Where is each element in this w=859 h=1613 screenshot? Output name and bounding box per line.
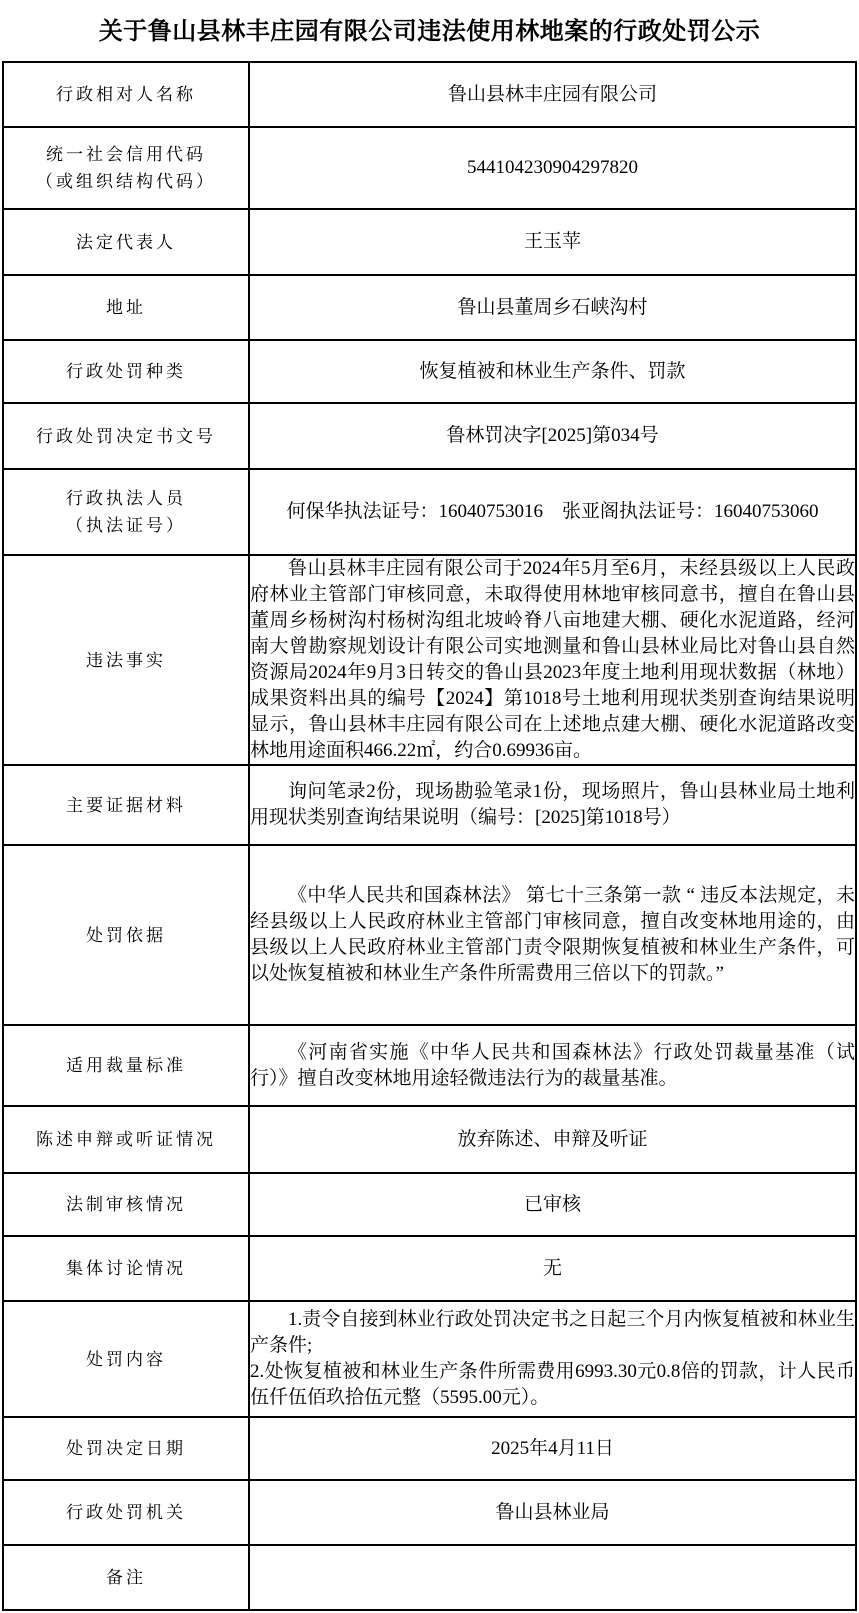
row-value: 1.责令自接到林业行政处罚决定书之日起三个月内恢复植被和林业生产条件; 2.处恢… (249, 1301, 856, 1417)
table-row-legal-representative: 法定代表人 王玉苹 (3, 209, 856, 275)
row-value-paragraph: 鲁山县林丰庄园有限公司于2024年5月至6月，未经县级以上人民政府林业主管部门审… (250, 556, 855, 764)
row-value-text: 鲁林罚决字[2025]第034号 (446, 425, 658, 446)
row-label: 主要证据材料 (3, 765, 249, 845)
row-label: 行政处罚种类 (3, 340, 249, 403)
row-value-paragraph-1: 1.责令自接到林业行政处罚决定书之日起三个月内恢复植被和林业生产条件; (250, 1307, 855, 1359)
row-value-text: 王玉苹 (524, 231, 581, 252)
row-label: 行政处罚决定书文号 (3, 403, 249, 469)
row-label-text: 行政处罚种类 (4, 358, 248, 385)
row-value-text: 鲁山县林业局 (495, 1502, 609, 1523)
row-value: 王玉苹 (249, 209, 856, 275)
row-label-text: 处罚依据 (4, 922, 248, 949)
penalty-table: 行政相对人名称 鲁山县林丰庄园有限公司 统一社会信用代码（或组织结构代码） 54… (2, 61, 857, 1611)
row-label-text-line2: （执法证号） (4, 512, 248, 539)
row-label-text: 行政相对人名称 (4, 81, 248, 108)
row-value-paragraph: 《河南省实施《中华人民共和国森林法》行政处罚裁量基准（试行）》擅自改变林地用途轻… (250, 1040, 855, 1092)
row-value: 鲁山县林业局 (249, 1480, 856, 1545)
row-value-text: 放弃陈述、申辩及听证 (457, 1129, 647, 1150)
table-row-decision-date: 处罚决定日期 2025年4月11日 (3, 1417, 856, 1480)
table-row-legal-review: 法制审核情况 已审核 (3, 1173, 856, 1236)
row-label-text: 主要证据材料 (4, 792, 248, 819)
row-label-text: 处罚决定日期 (4, 1435, 248, 1462)
table-row-decision-number: 行政处罚决定书文号 鲁林罚决字[2025]第034号 (3, 403, 856, 469)
row-value: 已审核 (249, 1173, 856, 1236)
row-value: 544104230904297820 (249, 127, 856, 209)
row-label: 行政相对人名称 (3, 62, 249, 127)
row-value: 何保华执法证号：16040753016 张亚阁执法证号：16040753060 (249, 469, 856, 555)
row-label-text: 行政执法人员 (4, 485, 248, 512)
row-value-text: 544104230904297820 (467, 157, 638, 178)
row-label: 地址 (3, 275, 249, 340)
row-value-paragraph: 询问笔录2份，现场勘验笔录1份，现场照片，鲁山县林业局土地利用现状类别查询结果说… (250, 779, 855, 831)
row-value: 《中华人民共和国森林法》 第七十三条第一款 “ 违反本法规定，未经县级以上人民政… (249, 845, 856, 1025)
table-row-penalty-type: 行政处罚种类 恢复植被和林业生产条件、罚款 (3, 340, 856, 403)
table-row-credit-code: 统一社会信用代码（或组织结构代码） 544104230904297820 (3, 127, 856, 209)
page-title: 关于鲁山县林丰庄园有限公司违法使用林地案的行政处罚公示 (0, 0, 859, 61)
row-value: 无 (249, 1236, 856, 1301)
row-value: 鲁林罚决字[2025]第034号 (249, 403, 856, 469)
row-label-text: 行政处罚决定书文号 (4, 423, 248, 450)
table-row-illegal-facts: 违法事实 鲁山县林丰庄园有限公司于2024年5月至6月，未经县级以上人民政府林业… (3, 555, 856, 765)
table-row-enforcement-officers: 行政执法人员（执法证号） 何保华执法证号：16040753016 张亚阁执法证号… (3, 469, 856, 555)
table-row-penalty-authority: 行政处罚机关 鲁山县林业局 (3, 1480, 856, 1545)
table-row-main-evidence: 主要证据材料 询问笔录2份，现场勘验笔录1份，现场照片，鲁山县林业局土地利用现状… (3, 765, 856, 845)
row-label: 处罚依据 (3, 845, 249, 1025)
row-label: 行政处罚机关 (3, 1480, 249, 1545)
row-label: 适用裁量标准 (3, 1025, 249, 1106)
row-value-text: 已审核 (524, 1194, 581, 1215)
row-label-text: 适用裁量标准 (4, 1052, 248, 1079)
table-row-statement-hearing: 陈述申辩或听证情况 放弃陈述、申辩及听证 (3, 1106, 856, 1173)
row-value: 询问笔录2份，现场勘验笔录1份，现场照片，鲁山县林业局土地利用现状类别查询结果说… (249, 765, 856, 845)
row-value: 放弃陈述、申辩及听证 (249, 1106, 856, 1173)
row-label: 法制审核情况 (3, 1173, 249, 1236)
row-label: 陈述申辩或听证情况 (3, 1106, 249, 1173)
row-value: 鲁山县林丰庄园有限公司于2024年5月至6月，未经县级以上人民政府林业主管部门审… (249, 555, 856, 765)
row-value-text: 恢复植被和林业生产条件、罚款 (419, 361, 685, 382)
row-value-text: 何保华执法证号：16040753016 张亚阁执法证号：16040753060 (286, 501, 818, 522)
row-label-text: 备注 (4, 1564, 248, 1591)
row-label-text: 集体讨论情况 (4, 1255, 248, 1282)
table-row-address: 地址 鲁山县董周乡石峡沟村 (3, 275, 856, 340)
penalty-notice-document: 关于鲁山县林丰庄园有限公司违法使用林地案的行政处罚公示 行政相对人名称 鲁山县林… (0, 0, 859, 1613)
row-value: 鲁山县林丰庄园有限公司 (249, 62, 856, 127)
row-label-text: 统一社会信用代码 (4, 141, 248, 168)
row-value: 恢复植被和林业生产条件、罚款 (249, 340, 856, 403)
row-value-text: 鲁山县林丰庄园有限公司 (448, 84, 657, 105)
row-value (249, 1545, 856, 1610)
row-value-paragraph-2: 2.处恢复植被和林业生产条件所需费用6993.30元0.8倍的罚款，计人民币伍仟… (250, 1359, 855, 1411)
row-label: 处罚内容 (3, 1301, 249, 1417)
row-label: 处罚决定日期 (3, 1417, 249, 1480)
row-label-text: 违法事实 (4, 647, 248, 674)
row-label: 集体讨论情况 (3, 1236, 249, 1301)
table-row-party-name: 行政相对人名称 鲁山县林丰庄园有限公司 (3, 62, 856, 127)
row-label-text: 法定代表人 (4, 229, 248, 256)
row-value-text: 鲁山县董周乡石峡沟村 (457, 297, 647, 318)
row-value: 鲁山县董周乡石峡沟村 (249, 275, 856, 340)
row-label-text: 处罚内容 (4, 1346, 248, 1373)
row-value-paragraph: 《中华人民共和国森林法》 第七十三条第一款 “ 违反本法规定，未经县级以上人民政… (250, 883, 855, 987)
row-label-text: 法制审核情况 (4, 1191, 248, 1218)
table-row-penalty-basis: 处罚依据 《中华人民共和国森林法》 第七十三条第一款 “ 违反本法规定，未经县级… (3, 845, 856, 1025)
row-label: 法定代表人 (3, 209, 249, 275)
row-label: 违法事实 (3, 555, 249, 765)
row-label: 统一社会信用代码（或组织结构代码） (3, 127, 249, 209)
row-label: 备注 (3, 1545, 249, 1610)
table-row-penalty-content: 处罚内容 1.责令自接到林业行政处罚决定书之日起三个月内恢复植被和林业生产条件;… (3, 1301, 856, 1417)
row-value-text: 2025年4月11日 (491, 1438, 614, 1459)
table-row-remarks: 备注 (3, 1545, 856, 1610)
row-label-text: 行政处罚机关 (4, 1499, 248, 1526)
row-value: 2025年4月11日 (249, 1417, 856, 1480)
row-label-text: 陈述申辩或听证情况 (4, 1126, 248, 1153)
row-label: 行政执法人员（执法证号） (3, 469, 249, 555)
table-row-discretion-standard: 适用裁量标准 《河南省实施《中华人民共和国森林法》行政处罚裁量基准（试行）》擅自… (3, 1025, 856, 1106)
row-value: 《河南省实施《中华人民共和国森林法》行政处罚裁量基准（试行）》擅自改变林地用途轻… (249, 1025, 856, 1106)
row-value-text: 无 (543, 1258, 562, 1279)
row-label-text-line2: （或组织结构代码） (4, 168, 248, 195)
table-row-collective-discussion: 集体讨论情况 无 (3, 1236, 856, 1301)
row-label-text: 地址 (4, 294, 248, 321)
